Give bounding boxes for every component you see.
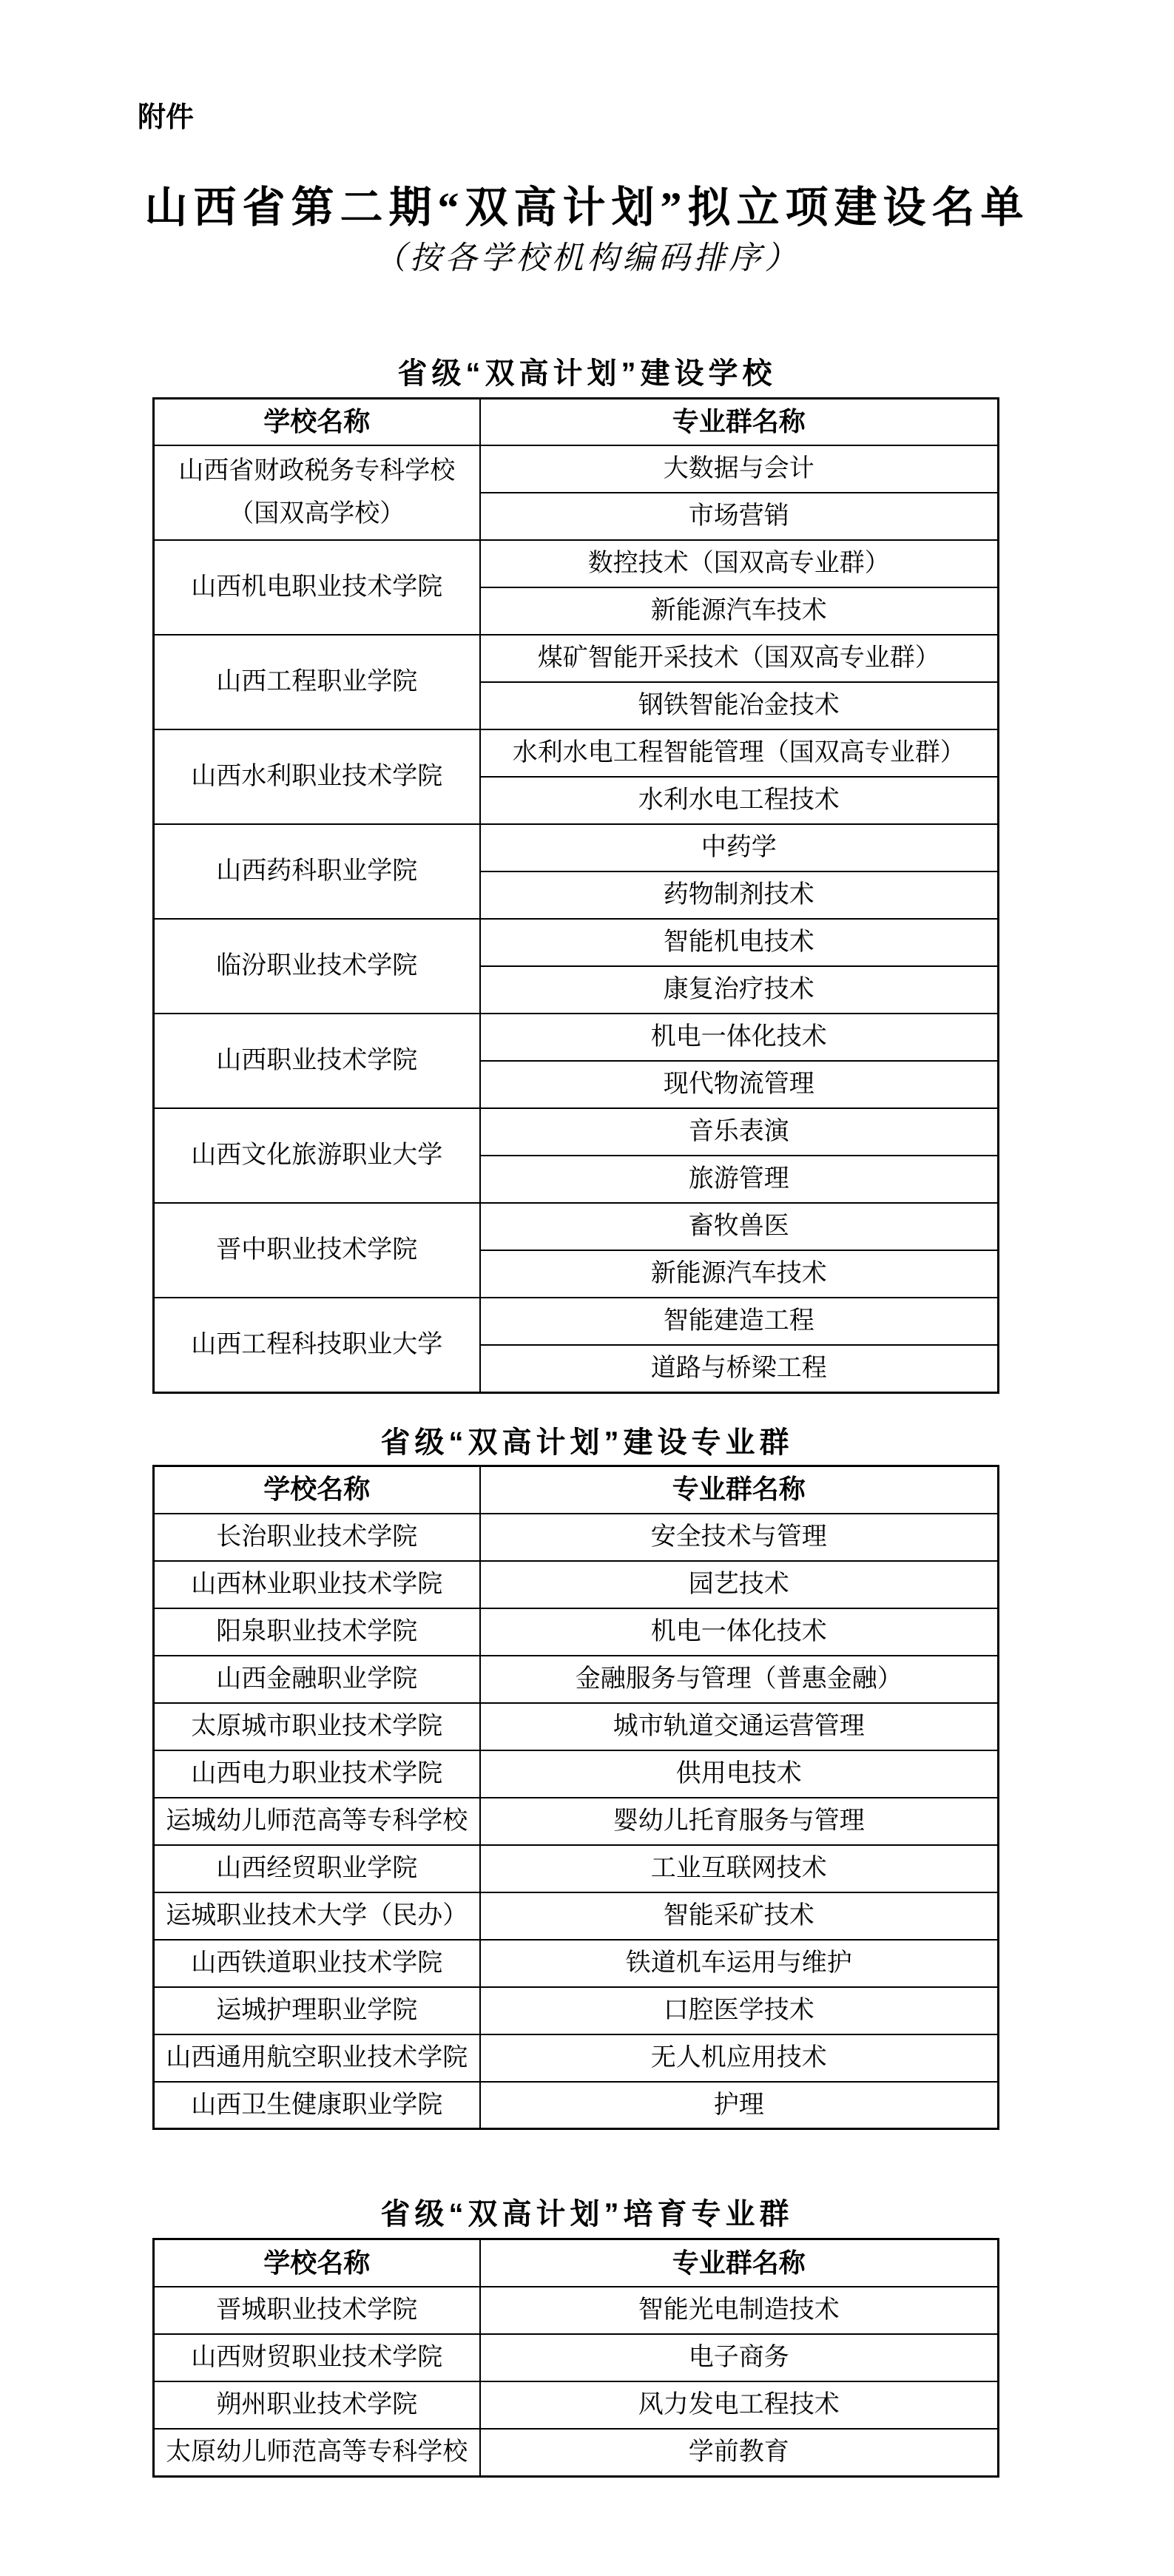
school-name-cell: 山西职业技术学院	[154, 1014, 480, 1108]
group-name-cell: 畜牧兽医	[480, 1203, 999, 1250]
group-name-cell: 钢铁智能冶金技术	[480, 682, 999, 729]
school-name-cell: 山西铁道职业技术学院	[154, 1940, 480, 1987]
group-name-cell: 旅游管理	[480, 1156, 999, 1203]
group-name-cell: 水利水电工程智能管理（国双高专业群）	[480, 729, 999, 777]
group-name-cell: 口腔医学技术	[480, 1987, 999, 2034]
group-name-cell: 新能源汽车技术	[480, 587, 999, 635]
school-name-cell: 山西药科职业学院	[154, 824, 480, 919]
school-name-cell: 运城幼儿师范高等专科学校	[154, 1798, 480, 1845]
table-row: 太原城市职业技术学院城市轨道交通运营管理	[154, 1703, 999, 1750]
document-page: 附件 山西省第二期“双高计划”拟立项建设名单 （按各学校机构编码排序） 省级“双…	[0, 0, 1174, 2576]
group-name-cell: 道路与桥梁工程	[480, 1345, 999, 1392]
group-name-cell: 新能源汽车技术	[480, 1250, 999, 1298]
table-row: 山西通用航空职业技术学院无人机应用技术	[154, 2034, 999, 2082]
table-row: 太原幼儿师范高等专科学校学前教育	[154, 2429, 999, 2476]
school-name-cell: 山西水利职业技术学院	[154, 729, 480, 824]
table-row: 运城护理职业学院口腔医学技术	[154, 1987, 999, 2034]
school-name-cell: 太原城市职业技术学院	[154, 1703, 480, 1750]
school-name-cell: 朔州职业技术学院	[154, 2381, 480, 2429]
table-header-row: 学校名称 专业群名称	[154, 2239, 999, 2287]
school-name-cell: 山西金融职业学院	[154, 1656, 480, 1703]
group-name-cell: 机电一体化技术	[480, 1608, 999, 1656]
group-name-cell: 城市轨道交通运营管理	[480, 1703, 999, 1750]
table-row: 山西机电职业技术学院数控技术（国双高专业群）	[154, 540, 999, 587]
group-name-cell: 机电一体化技术	[480, 1014, 999, 1061]
table-row: 山西文化旅游职业大学音乐表演	[154, 1108, 999, 1156]
school-name-cell: 运城护理职业学院	[154, 1987, 480, 2034]
table-row: 山西金融职业学院金融服务与管理（普惠金融）	[154, 1656, 999, 1703]
school-name-cell: 山西卫生健康职业学院	[154, 2082, 480, 2129]
group-name-cell: 音乐表演	[480, 1108, 999, 1156]
section-title-building-groups: 省级“双高计划”建设专业群	[0, 1426, 1174, 1459]
group-name-header: 专业群名称	[480, 1466, 999, 1514]
cultivation-groups-table: 学校名称 专业群名称 晋城职业技术学院智能光电制造技术山西财贸职业技术学院电子商…	[152, 2238, 999, 2477]
school-name-header: 学校名称	[154, 2239, 480, 2287]
school-name-cell: 晋城职业技术学院	[154, 2287, 480, 2334]
school-name-cell: 山西经贸职业学院	[154, 1845, 480, 1892]
table-row: 山西工程职业学院煤矿智能开采技术（国双高专业群）	[154, 635, 999, 682]
group-name-cell: 智能采矿技术	[480, 1892, 999, 1940]
table-row: 山西电力职业技术学院供用电技术	[154, 1750, 999, 1798]
school-name-cell: 山西财贸职业技术学院	[154, 2334, 480, 2381]
group-name-cell: 学前教育	[480, 2429, 999, 2476]
table-row: 临汾职业技术学院智能机电技术	[154, 919, 999, 966]
group-name-cell: 风力发电工程技术	[480, 2381, 999, 2429]
group-name-cell: 智能机电技术	[480, 919, 999, 966]
table-row: 山西省财政税务专科学校（国双高学校）大数据与会计	[154, 445, 999, 493]
group-name-cell: 婴幼儿托育服务与管理	[480, 1798, 999, 1845]
school-name-cell: 山西通用航空职业技术学院	[154, 2034, 480, 2082]
school-name-cell: 临汾职业技术学院	[154, 919, 480, 1014]
section-title-cultivation-groups: 省级“双高计划”培育专业群	[0, 2198, 1174, 2231]
school-name-cell: 山西文化旅游职业大学	[154, 1108, 480, 1203]
group-name-cell: 智能光电制造技术	[480, 2287, 999, 2334]
school-name-cell: 山西工程职业学院	[154, 635, 480, 729]
table-row: 山西财贸职业技术学院电子商务	[154, 2334, 999, 2381]
group-name-cell: 金融服务与管理（普惠金融）	[480, 1656, 999, 1703]
group-name-cell: 市场营销	[480, 493, 999, 540]
school-name-header: 学校名称	[154, 1466, 480, 1514]
group-name-cell: 煤矿智能开采技术（国双高专业群）	[480, 635, 999, 682]
group-name-cell: 数控技术（国双高专业群）	[480, 540, 999, 587]
table-row: 山西林业职业技术学院园艺技术	[154, 1561, 999, 1608]
attachment-label: 附件	[138, 102, 1174, 135]
section-title-building-schools: 省级“双高计划”建设学校	[0, 357, 1174, 390]
table-row: 山西经贸职业学院工业互联网技术	[154, 1845, 999, 1892]
document-title: 山西省第二期“双高计划”拟立项建设名单	[0, 182, 1174, 234]
building-groups-table: 学校名称 专业群名称 长治职业技术学院安全技术与管理山西林业职业技术学院园艺技术…	[152, 1465, 999, 2130]
group-name-cell: 供用电技术	[480, 1750, 999, 1798]
group-name-cell: 工业互联网技术	[480, 1845, 999, 1892]
table-row: 长治职业技术学院安全技术与管理	[154, 1514, 999, 1561]
group-name-header: 专业群名称	[480, 2239, 999, 2287]
building-schools-table: 学校名称 专业群名称 山西省财政税务专科学校（国双高学校）大数据与会计市场营销山…	[152, 397, 999, 1394]
school-name-cell: 运城职业技术大学（民办）	[154, 1892, 480, 1940]
building-groups-table-body: 长治职业技术学院安全技术与管理山西林业职业技术学院园艺技术阳泉职业技术学院机电一…	[154, 1514, 999, 2129]
group-name-cell: 智能建造工程	[480, 1298, 999, 1345]
school-name-cell: 阳泉职业技术学院	[154, 1608, 480, 1656]
table-row: 山西职业技术学院机电一体化技术	[154, 1014, 999, 1061]
table-row: 晋城职业技术学院智能光电制造技术	[154, 2287, 999, 2334]
school-name-cell: 长治职业技术学院	[154, 1514, 480, 1561]
group-name-cell: 护理	[480, 2082, 999, 2129]
document-subtitle: （按各学校机构编码排序）	[0, 240, 1174, 277]
table-header-row: 学校名称 专业群名称	[154, 1466, 999, 1514]
table-row: 山西工程科技职业大学智能建造工程	[154, 1298, 999, 1345]
group-name-cell: 药物制剂技术	[480, 871, 999, 919]
group-name-header: 专业群名称	[480, 398, 999, 445]
group-name-cell: 中药学	[480, 824, 999, 871]
group-name-cell: 安全技术与管理	[480, 1514, 999, 1561]
group-name-cell: 无人机应用技术	[480, 2034, 999, 2082]
table-row: 山西卫生健康职业学院护理	[154, 2082, 999, 2129]
group-name-cell: 铁道机车运用与维护	[480, 1940, 999, 1987]
group-name-cell: 大数据与会计	[480, 445, 999, 493]
school-name-cell: 山西工程科技职业大学	[154, 1298, 480, 1392]
table-row: 山西药科职业学院中药学	[154, 824, 999, 871]
school-name-cell: 山西电力职业技术学院	[154, 1750, 480, 1798]
table-header-row: 学校名称 专业群名称	[154, 398, 999, 445]
group-name-cell: 园艺技术	[480, 1561, 999, 1608]
group-name-cell: 电子商务	[480, 2334, 999, 2381]
group-name-cell: 现代物流管理	[480, 1061, 999, 1108]
building-schools-table-body: 山西省财政税务专科学校（国双高学校）大数据与会计市场营销山西机电职业技术学院数控…	[154, 445, 999, 1392]
table-row: 阳泉职业技术学院机电一体化技术	[154, 1608, 999, 1656]
cultivation-groups-table-body: 晋城职业技术学院智能光电制造技术山西财贸职业技术学院电子商务朔州职业技术学院风力…	[154, 2287, 999, 2476]
school-name-cell: 山西机电职业技术学院	[154, 540, 480, 635]
group-name-cell: 康复治疗技术	[480, 966, 999, 1014]
table-row: 朔州职业技术学院风力发电工程技术	[154, 2381, 999, 2429]
group-name-cell: 水利水电工程技术	[480, 777, 999, 824]
school-name-cell: 山西林业职业技术学院	[154, 1561, 480, 1608]
school-name-cell: 山西省财政税务专科学校（国双高学校）	[154, 445, 480, 540]
table-row: 山西水利职业技术学院水利水电工程智能管理（国双高专业群）	[154, 729, 999, 777]
table-row: 运城职业技术大学（民办）智能采矿技术	[154, 1892, 999, 1940]
table-row: 晋中职业技术学院畜牧兽医	[154, 1203, 999, 1250]
school-name-cell: 晋中职业技术学院	[154, 1203, 480, 1298]
table-row: 山西铁道职业技术学院铁道机车运用与维护	[154, 1940, 999, 1987]
school-name-header: 学校名称	[154, 398, 480, 445]
school-name-cell: 太原幼儿师范高等专科学校	[154, 2429, 480, 2476]
table-row: 运城幼儿师范高等专科学校婴幼儿托育服务与管理	[154, 1798, 999, 1845]
